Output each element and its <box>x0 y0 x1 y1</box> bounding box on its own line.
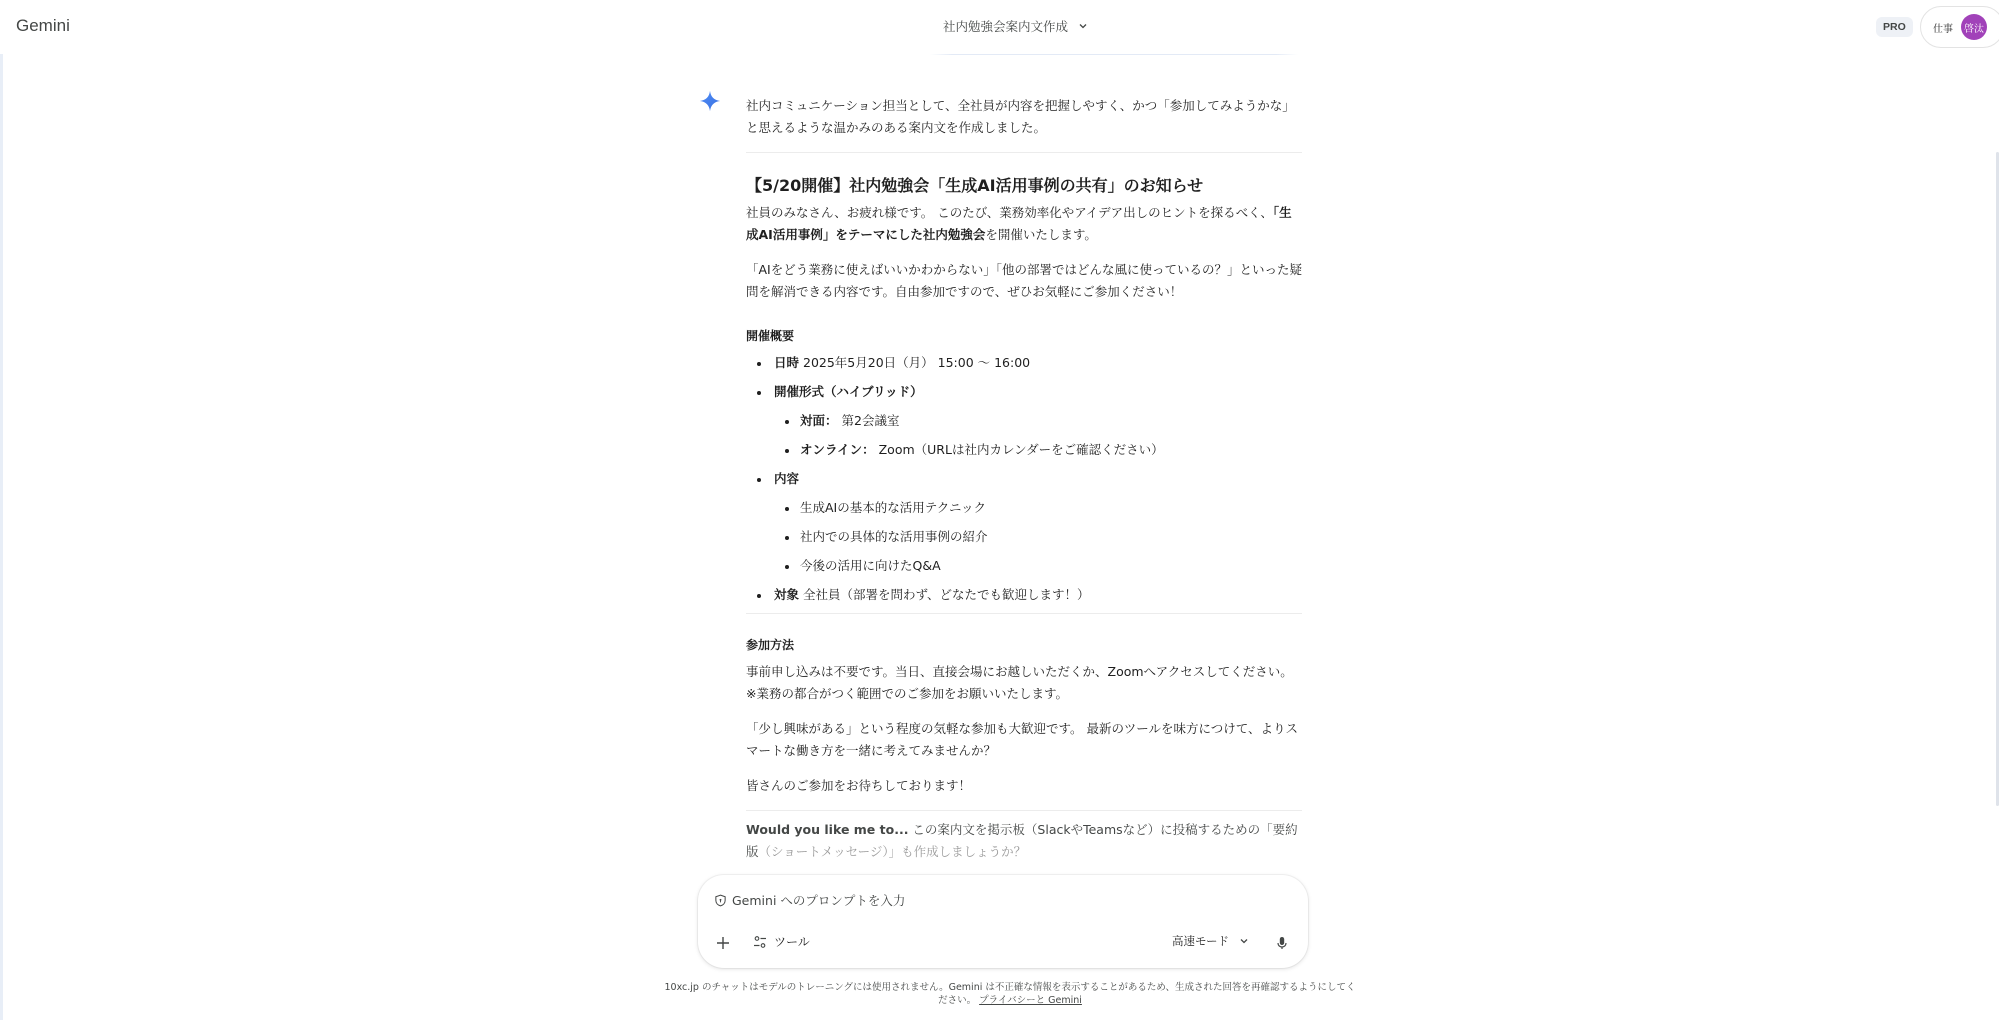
add-attachment-button[interactable] <box>712 932 734 954</box>
closing-line: 皆さんのご参加をお待ちしております！ <box>746 775 1302 797</box>
list-item-target: 対象 全社員（部署を問わず、どなたでも歓迎します！） <box>746 584 1302 606</box>
plan-badge: PRO <box>1876 17 1913 37</box>
tools-label: ツール <box>774 933 810 950</box>
intro-text: 社内コミュニケーション担当として、全社員が内容を把握しやすく、かつ「参加してみよ… <box>746 95 1302 139</box>
conversation-title: 社内勉強会案内文作成 <box>943 17 1068 35</box>
greeting-paragraph: 社員のみなさん、お疲れ様です。 このたび、業務効率化やアイデア出しのヒントを探る… <box>746 202 1302 246</box>
list-item-online: オンライン： Zoom（URLは社内カレンダーをご確認ください） <box>774 439 1302 461</box>
chevron-down-icon <box>1078 21 1088 31</box>
format-sublist: 対面： 第2会議室 オンライン： Zoom（URLは社内カレンダーをご確認くださ… <box>774 410 1302 461</box>
chevron-down-icon <box>1239 936 1249 946</box>
list-item-datetime: 日時 2025年5月20日（月） 15:00 〜 16:00 <box>746 352 1302 374</box>
conversation-title-menu[interactable]: 社内勉強会案内文作成 <box>943 17 1088 35</box>
avatar[interactable]: 啓汰 <box>1961 14 1987 40</box>
content-sublist: 生成AIの基本的な活用テクニック 社内での具体的な活用事例の紹介 今後の活用に向… <box>774 497 1302 577</box>
side-rail-edge <box>0 0 3 1020</box>
footer-disclaimer: 10xc.jp のチャットはモデルのトレーニングには使用されません。Gemini… <box>660 982 1360 1007</box>
shield-icon <box>714 894 727 907</box>
tools-sliders-icon <box>753 935 767 949</box>
app-brand[interactable]: Gemini <box>16 16 70 36</box>
join-heading: 参加方法 <box>746 634 1302 656</box>
divider <box>746 613 1302 614</box>
divider <box>746 810 1302 811</box>
join-paragraph: 事前申し込みは不要です。当日、直接会場にお越しいただくか、Zoomへアクセスして… <box>746 661 1302 705</box>
workspace-label: 仕事 <box>1933 20 1953 35</box>
overview-list: 日時 2025年5月20日（月） 15:00 〜 16:00 開催形式（ハイブリ… <box>746 352 1302 606</box>
gemini-star-icon <box>699 90 721 112</box>
announcement-title: 【5/20開催】社内勉強会「生成AI活用事例の共有」のお知らせ <box>746 173 1302 199</box>
microphone-button[interactable] <box>1271 932 1293 954</box>
prompt-input[interactable]: Gemini へのプロンプトを入力 <box>714 891 905 909</box>
mode-label: 高速モード <box>1172 933 1229 949</box>
privacy-link[interactable]: プライバシーと Gemini <box>979 995 1082 1006</box>
plus-icon <box>716 936 730 950</box>
response-body: 社内コミュニケーション担当として、全社員が内容を把握しやすく、かつ「参加してみよ… <box>746 95 1302 863</box>
overview-heading: 開催概要 <box>746 325 1302 347</box>
list-item: 生成AIの基本的な活用テクニック <box>774 497 1302 519</box>
prompt-placeholder: Gemini へのプロンプトを入力 <box>732 891 905 909</box>
list-item-in-person: 対面： 第2会議室 <box>774 410 1302 432</box>
list-item-content: 内容 生成AIの基本的な活用テクニック 社内での具体的な活用事例の紹介 今後の活… <box>746 468 1302 577</box>
account-switcher[interactable]: 仕事 啓汰 <box>1920 6 1999 48</box>
invite-paragraph: 「少し興味がある」という程度の気軽な参加も大歓迎です。 最新のツールを味方につけ… <box>746 718 1302 762</box>
tools-button[interactable]: ツール <box>753 933 810 950</box>
list-item-format: 開催形式（ハイブリッド） 対面： 第2会議室 オンライン： Zoom（URLは社… <box>746 381 1302 461</box>
list-item: 今後の活用に向けたQ&A <box>774 555 1302 577</box>
list-item: 社内での具体的な活用事例の紹介 <box>774 526 1302 548</box>
top-bar: Gemini 社内勉強会案内文作成 PRO 仕事 啓汰 <box>0 0 1999 54</box>
microphone-icon <box>1276 936 1288 950</box>
prompt-composer[interactable]: Gemini へのプロンプトを入力 ツール 高速モード <box>698 875 1308 968</box>
mode-selector[interactable]: 高速モード <box>1172 933 1249 949</box>
purpose-paragraph: 「AIをどう業務に使えばいいかわからない」「他の部署ではどんな風に使っているの？… <box>746 259 1302 303</box>
follow-up-suggestion[interactable]: Would you like me to... この案内文を掲示板（Slackや… <box>746 819 1302 863</box>
divider <box>746 152 1302 153</box>
